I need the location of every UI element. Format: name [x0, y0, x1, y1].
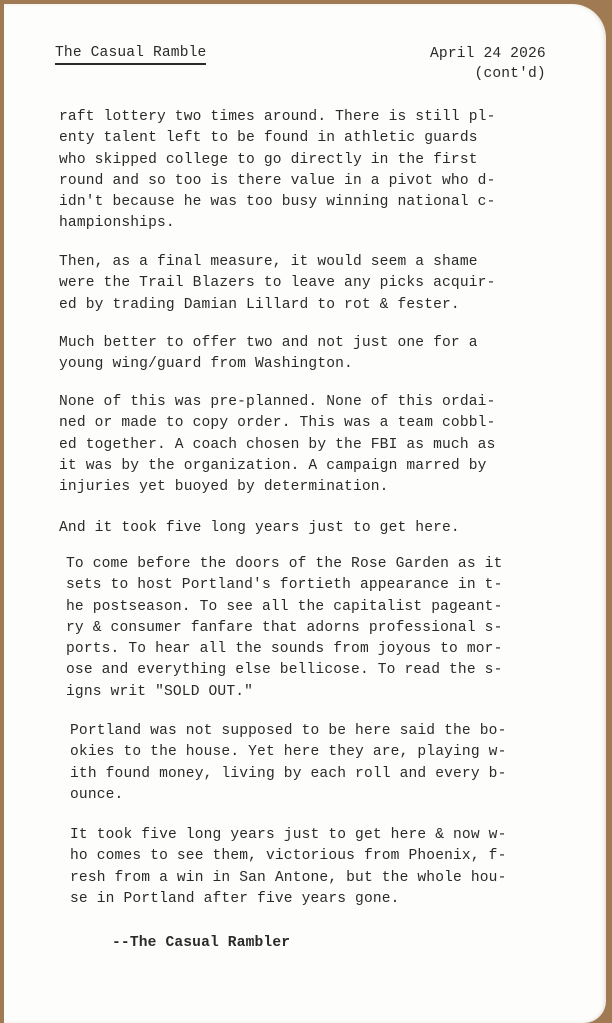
paragraph-4: None of this was pre-planned. None of th…	[59, 392, 495, 498]
text-line: okies to the house. Yet here they are, p…	[70, 742, 506, 763]
text-line: who skipped college to go directly in th…	[59, 150, 495, 171]
text-line: ed by trading Damian Lillard to rot & fe…	[59, 295, 495, 316]
paragraph-7: Portland was not supposed to be here sai…	[70, 721, 506, 806]
paragraph-6: To come before the doors of the Rose Gar…	[66, 554, 502, 703]
text-line: sets to host Portland's fortieth appeara…	[66, 575, 502, 596]
text-line: it was by the organization. A campaign m…	[59, 456, 495, 477]
text-line: To come before the doors of the Rose Gar…	[66, 554, 502, 575]
text-line: ounce.	[70, 785, 506, 806]
text-line: None of this was pre-planned. None of th…	[59, 392, 495, 413]
text-line: ed together. A coach chosen by the FBI a…	[59, 435, 495, 456]
text-line: resh from a win in San Antone, but the w…	[70, 868, 506, 889]
column-title: The Casual Ramble	[55, 44, 206, 65]
date-header: April 24 2026 (cont'd)	[430, 44, 546, 84]
text-line: were the Trail Blazers to leave any pick…	[59, 273, 495, 294]
text-line: It took five long years just to get here…	[70, 825, 506, 846]
text-line: round and so too is there value in a piv…	[59, 171, 495, 192]
text-line: ith found money, living by each roll and…	[70, 764, 506, 785]
text-line: Much better to offer two and not just on…	[59, 333, 478, 354]
text-line: injuries yet buoyed by determination.	[59, 477, 495, 498]
text-line: ry & consumer fanfare that adorns profes…	[66, 618, 502, 639]
text-line: idn't because he was too busy winning na…	[59, 192, 495, 213]
continued-label: (cont'd)	[475, 66, 546, 82]
text-line: ports. To hear all the sounds from joyou…	[66, 639, 502, 660]
text-line: igns writ "SOLD OUT."	[66, 682, 502, 703]
text-line: ose and everything else bellicose. To re…	[66, 660, 502, 681]
paragraph-3: Much better to offer two and not just on…	[59, 333, 478, 376]
paragraph-8: It took five long years just to get here…	[70, 825, 506, 910]
text-line: hampionships.	[59, 213, 495, 234]
text-line: se in Portland after five years gone.	[70, 889, 506, 910]
text-line: he postseason. To see all the capitalist…	[66, 597, 502, 618]
text-line: Portland was not supposed to be here sai…	[70, 721, 506, 742]
paragraph-2: Then, as a final measure, it would seem …	[59, 252, 495, 316]
signature: --The Casual Rambler	[112, 933, 290, 954]
text-line: And it took five long years just to get …	[59, 518, 460, 539]
text-line: enty talent left to be found in athletic…	[59, 128, 495, 149]
text-line: young wing/guard from Washington.	[59, 354, 478, 375]
text-line: raft lottery two times around. There is …	[59, 107, 495, 128]
paragraph-1: raft lottery two times around. There is …	[59, 107, 495, 235]
typewritten-page: The Casual Ramble April 24 2026 (cont'd)…	[4, 4, 606, 1023]
text-line: Then, as a final measure, it would seem …	[59, 252, 495, 273]
paragraph-5: And it took five long years just to get …	[59, 518, 460, 539]
date: April 24 2026	[430, 46, 546, 62]
text-line: ned or made to copy order. This was a te…	[59, 413, 495, 434]
text-line: ho comes to see them, victorious from Ph…	[70, 846, 506, 867]
